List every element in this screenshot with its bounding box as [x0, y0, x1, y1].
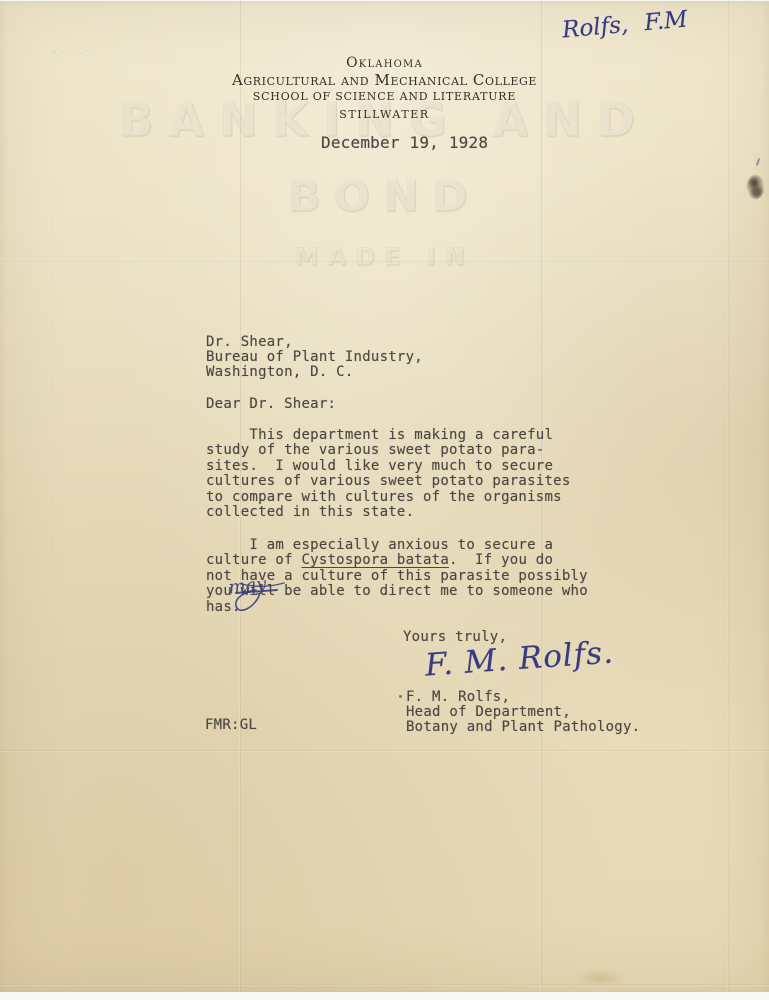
- para1-line2: study of the various sweet potato para-: [206, 443, 544, 459]
- letterhead-school: SCHOOL OF SCIENCE AND LITERATURE: [0, 90, 769, 103]
- correction-word-may: may: [227, 574, 268, 599]
- letterhead-city: STILLWATER: [0, 108, 769, 121]
- para1-line4: cultures of various sweet potato parasit…: [206, 474, 571, 490]
- reference-initials: FMR:GL: [205, 718, 257, 734]
- stray-dot: [399, 695, 402, 698]
- para1-line6: collected in this state.: [206, 505, 414, 521]
- recipient-city: Washington, D. C.: [206, 365, 354, 381]
- fold-crease-horizontal-lower: [0, 750, 769, 752]
- species-name-underlined: Cystospora batata: [301, 552, 449, 568]
- salutation: Dear Dr. Shear:: [206, 397, 336, 413]
- paper-watermark-line2: BOND: [0, 172, 769, 222]
- paper-watermark-line3: MADE IN: [0, 243, 769, 271]
- letterhead-college: Agricultural and Mechanical College: [0, 71, 769, 89]
- para2-line2-post: . If you do: [449, 552, 553, 568]
- fold-crease-horizontal-bottom: [0, 984, 769, 986]
- fold-crease-horizontal-upper: [0, 261, 769, 263]
- paper-stain: [575, 970, 625, 986]
- letterhead-institution: Oklahoma: [0, 55, 769, 71]
- handwritten-correction-overlay: may: [213, 564, 323, 628]
- typed-signer-department: Botany and Plant Pathology.: [406, 720, 640, 736]
- ink-smudge: [747, 175, 764, 199]
- date-line: December 19, 1928: [321, 135, 488, 151]
- fold-crease-vertical-edge: [727, 0, 729, 992]
